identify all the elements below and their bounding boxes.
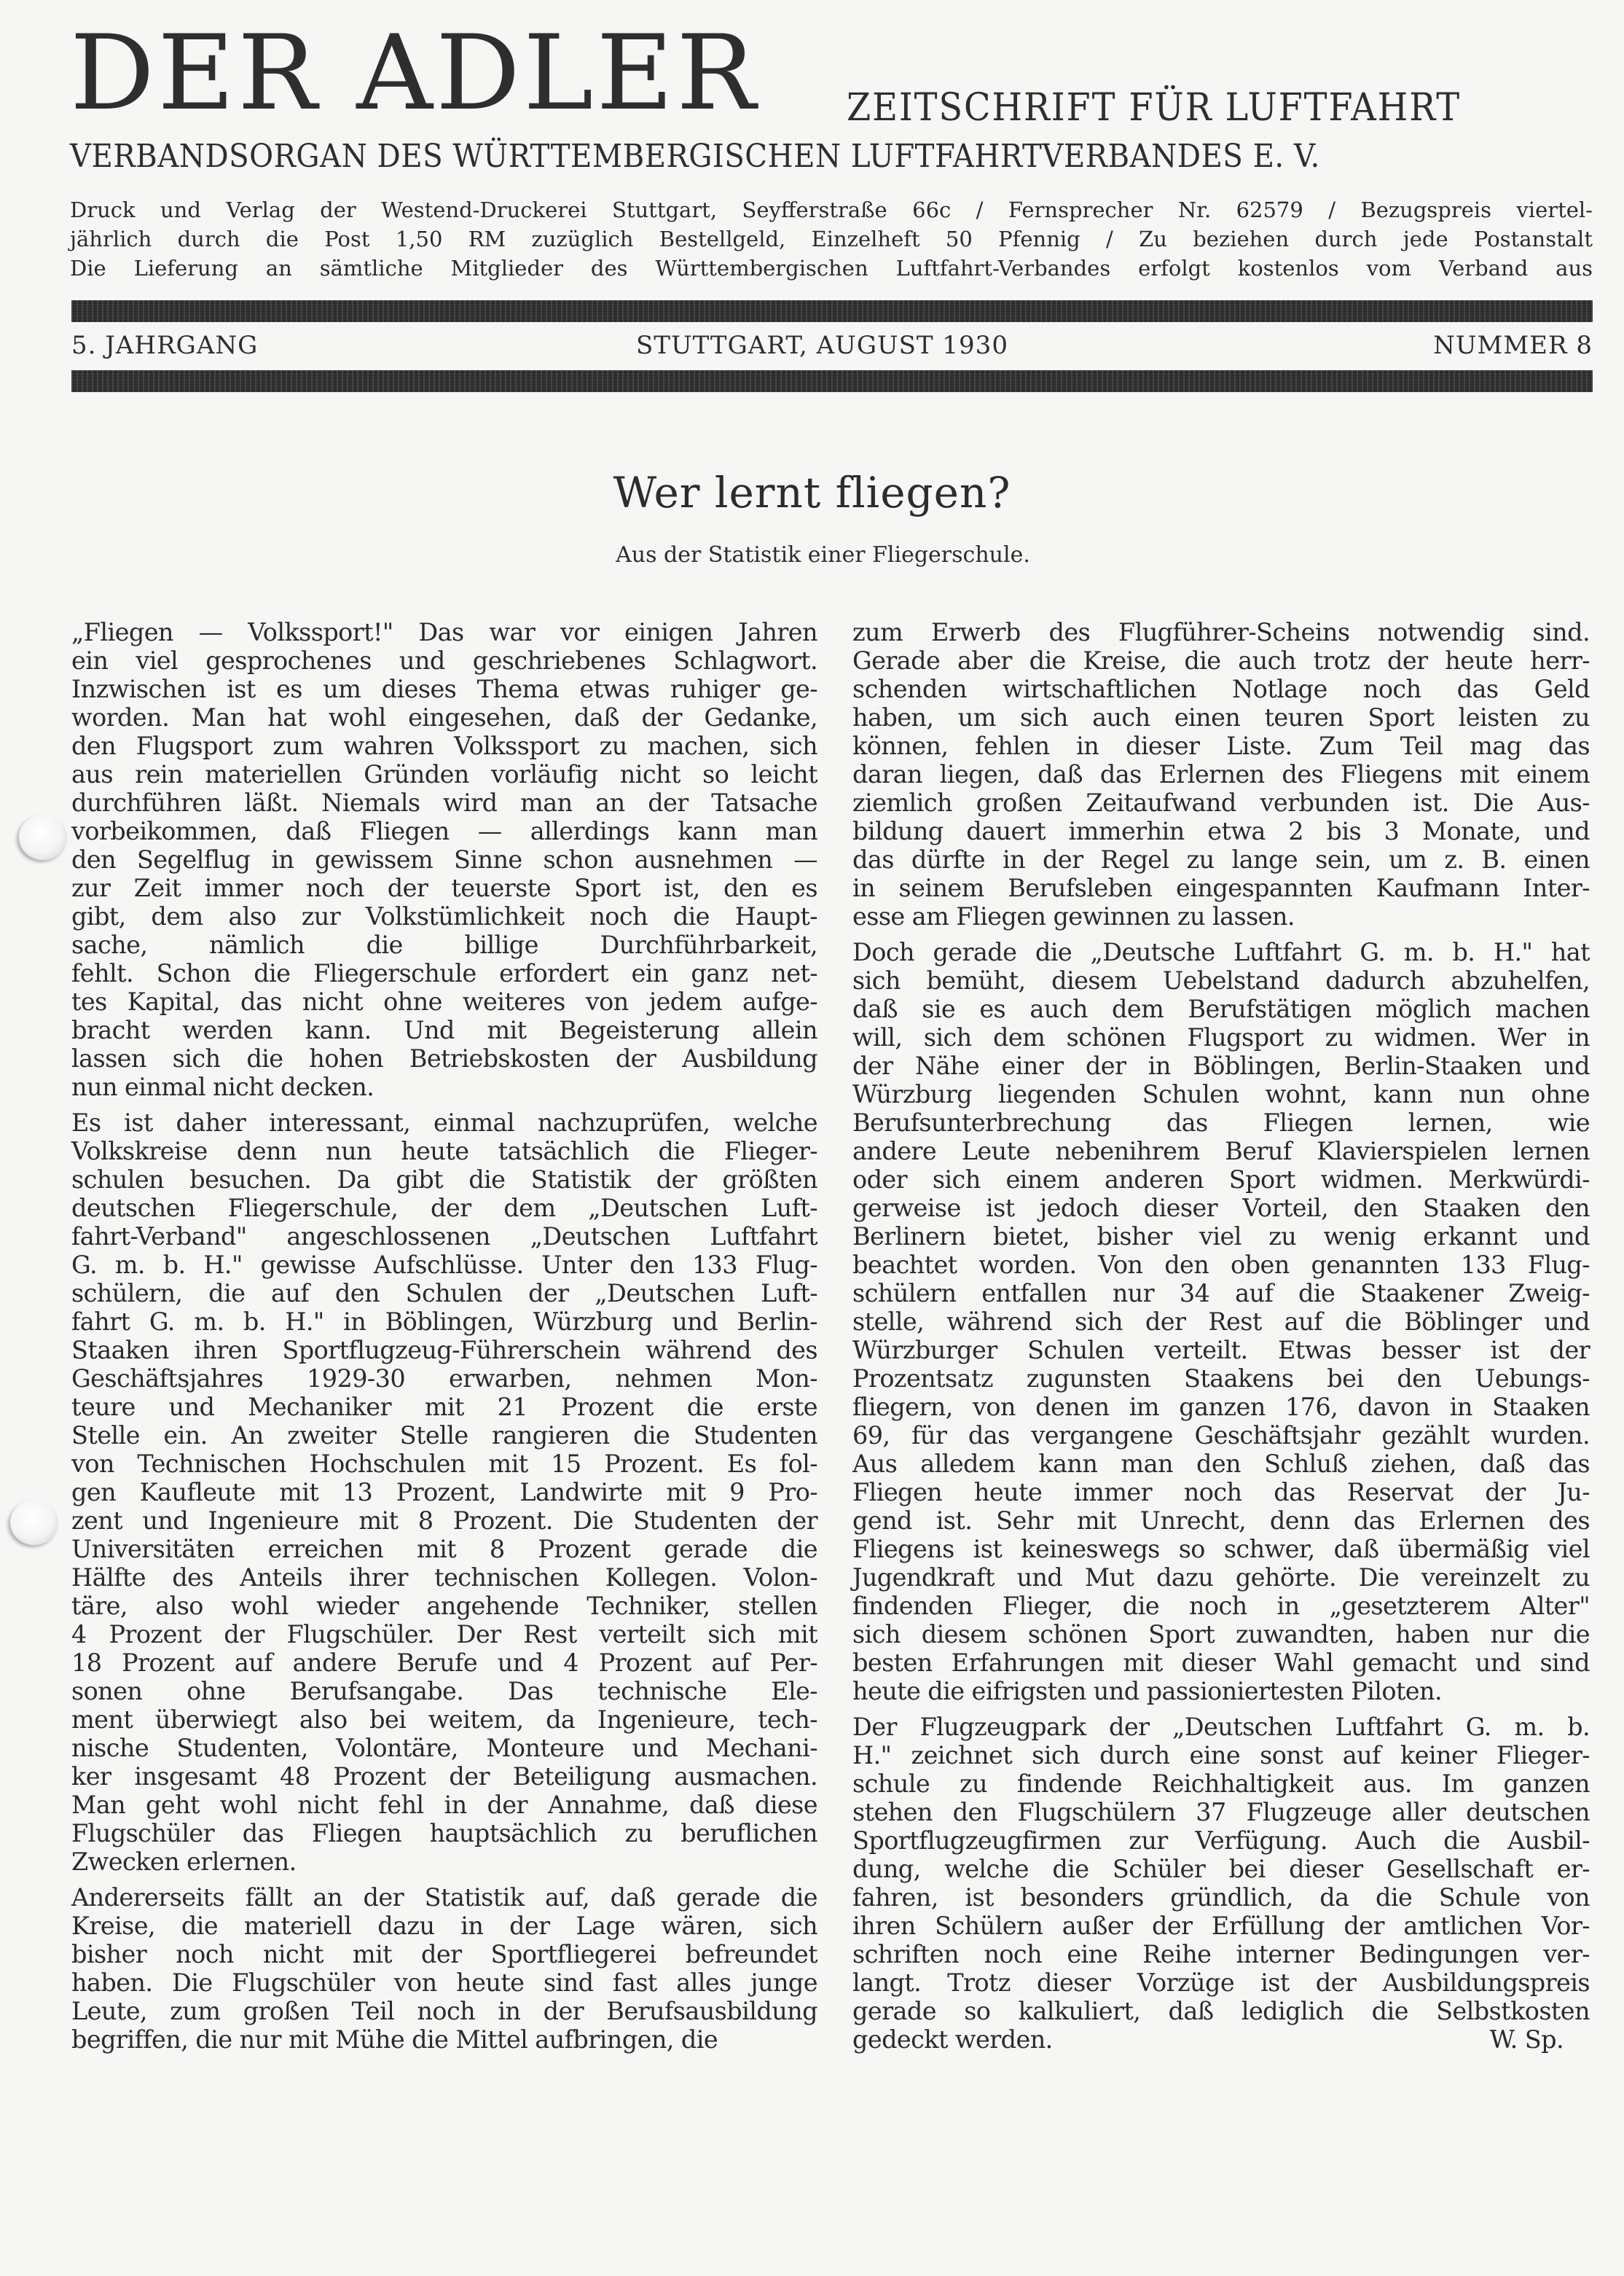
imprint-line: Druck und Verlag der Westend-Druckerei S… [70, 195, 1593, 224]
text-line: bildung dauert immerhin etwa 2 bis 3 Mon… [852, 817, 1590, 845]
imprint-line: Die Lieferung an sämtliche Mitglieder de… [70, 254, 1593, 283]
text-line: lassen sich die hohen Betriebskosten der… [71, 1044, 817, 1073]
text-line: ziemlich großen Zeitaufwand verbunden is… [852, 789, 1590, 817]
text-line: Staaken ihren Sportflugzeug-Führerschein… [71, 1336, 817, 1364]
masthead-rule-top [71, 300, 1593, 322]
text-line: gedeckt werden. [852, 2025, 1053, 2054]
text-line: sache, nämlich die billige Durchführbark… [71, 931, 817, 959]
article-paragraph: Es ist daher interessant, einmal nachzup… [71, 1108, 817, 1876]
article-paragraph: zum Erwerb des Flugführer-Scheins notwen… [852, 618, 1590, 931]
text-line: haben. Die Flugschüler von heute sind fa… [71, 1968, 817, 1997]
text-line: beachtet worden. Von den oben genannten … [852, 1251, 1590, 1279]
text-line: Der Flugzeugpark der „Deutschen Luftfahr… [852, 1713, 1590, 1741]
text-line: Gerade aber die Kreise, die auch trotz d… [852, 646, 1590, 675]
text-line: sonen ohne Berufsangabe. Das technische … [71, 1677, 817, 1705]
article-paragraph: Andererseits fällt an der Statistik auf,… [71, 1883, 817, 2054]
masthead-rule-bottom [71, 370, 1593, 392]
article-column-left: „Fliegen — Volkssport!" Das war vor eini… [71, 618, 817, 2061]
text-line: stehen den Flugschülern 37 Flugzeuge all… [852, 1798, 1590, 1826]
text-line: fehlt. Schon die Fliegerschule erfordert… [71, 959, 817, 988]
text-line: heute die eifrigsten und passionierteste… [852, 1677, 1590, 1705]
text-line: „Fliegen — Volkssport!" Das war vor eini… [71, 618, 817, 646]
closing-line: gedeckt werden.W. Sp. [852, 2025, 1590, 2054]
text-line: gerweise ist jedoch dieser Vorteil, den … [852, 1194, 1590, 1222]
text-line: schulen besuchen. Da gibt die Statistik … [71, 1165, 817, 1194]
text-line: können, fehlen in dieser Liste. Zum Teil… [852, 732, 1590, 760]
text-line: bisher noch nicht mit der Sportfliegerei… [71, 1940, 817, 1968]
issue-number-label: NUMMER 8 [1433, 326, 1593, 364]
article-subtitle: Aus der Statistik einer Fliegerschule. [0, 541, 1624, 570]
text-line: Inzwischen ist es um dieses Thema etwas … [71, 675, 817, 703]
text-line: täre, also wohl wieder angehende Technik… [71, 1592, 817, 1620]
text-line: zum Erwerb des Flugführer-Scheins notwen… [852, 618, 1590, 646]
text-line: worden. Man hat wohl eingesehen, daß der… [71, 703, 817, 732]
text-line: Berufsunterbrechung das Fliegen lernen, … [852, 1108, 1590, 1137]
text-line: gerade so kalkuliert, daß lediglich die … [852, 1997, 1590, 2025]
text-line: Würzburg liegenden Schulen wohnt, kann n… [852, 1080, 1590, 1108]
publication-title: DER ADLER [70, 19, 758, 128]
text-line: schule zu findende Reichhaltigkeit aus. … [852, 1769, 1590, 1798]
text-line: Doch gerade die „Deutsche Luftfahrt G. m… [852, 938, 1590, 966]
text-line: Andererseits fällt an der Statistik auf,… [71, 1883, 817, 1912]
text-line: begriffen, die nur mit Mühe die Mittel a… [71, 2025, 817, 2054]
text-line: oder sich einem anderen Sport widmen. Me… [852, 1165, 1590, 1194]
text-line: will, sich dem schönen Flugsport zu widm… [852, 1023, 1590, 1052]
article-paragraph: Doch gerade die „Deutsche Luftfahrt G. m… [852, 938, 1590, 1705]
text-line: den Segelflug in gewissem Sinne schon au… [71, 845, 817, 874]
text-line: deutschen Fliegerschule, der dem „Deutsc… [71, 1194, 817, 1222]
text-line: vorbeikommen, daß Fliegen — allerdings k… [71, 817, 817, 845]
text-line: Volkskreise denn nun heute tatsächlich d… [71, 1137, 817, 1165]
text-line: Es ist daher interessant, einmal nachzup… [71, 1108, 817, 1137]
text-line: 18 Prozent auf andere Berufe und 4 Proze… [71, 1649, 817, 1677]
text-line: sich diesem schönen Sport zuwandten, hab… [852, 1620, 1590, 1649]
article-title: Wer lernt fliegen? [0, 464, 1624, 522]
text-line: Berlinern bietet, bisher viel zu wenig e… [852, 1222, 1590, 1251]
text-line: sich bemüht, diesem Uebelstand dadurch a… [852, 966, 1590, 995]
text-line: das dürfte in der Regel zu lange sein, u… [852, 845, 1590, 874]
text-line: ihren Schülern außer der Erfüllung der a… [852, 1912, 1590, 1940]
text-line: Leute, zum großen Teil noch in der Beruf… [71, 1997, 817, 2025]
text-line: 4 Prozent der Flugschüler. Der Rest vert… [71, 1620, 817, 1649]
text-line: haben, um sich auch einen teuren Sport l… [852, 703, 1590, 732]
text-line: langt. Trotz dieser Vorzüge ist der Ausb… [852, 1968, 1590, 1997]
text-line: schriften noch eine Reihe interner Bedin… [852, 1940, 1590, 1968]
text-line: nun einmal nicht decken. [71, 1073, 817, 1101]
text-line: fahrt G. m. b. H." in Böblingen, Würzbur… [71, 1307, 817, 1336]
text-line: Kreise, die materiell dazu in der Lage w… [71, 1912, 817, 1940]
text-line: den Flugsport zum wahren Volkssport zu m… [71, 732, 817, 760]
text-line: esse am Fliegen gewinnen zu lassen. [852, 902, 1590, 931]
text-line: Man geht wohl nicht fehl in der Annahme,… [71, 1791, 817, 1819]
newspaper-page: DER ADLER ZEITSCHRIFT FÜR LUFTFAHRT VERB… [0, 0, 1624, 2276]
text-line: nische Studenten, Volontäre, Monteure un… [71, 1734, 817, 1762]
text-line: gibt, dem also zur Volkstümlichkeit noch… [71, 902, 817, 931]
text-line: tes Kapital, das nicht ohne weiteres von… [71, 988, 817, 1016]
author-signature: W. Sp. [1490, 2025, 1590, 2054]
text-line: fahren, ist besonders gründlich, da die … [852, 1883, 1590, 1912]
text-line: andere Leute nebenihrem Beruf Klavierspi… [852, 1137, 1590, 1165]
text-line: fahrt-Verband" angeschlossenen „Deutsche… [71, 1222, 817, 1251]
text-line: dung, welche die Schüler bei dieser Gese… [852, 1855, 1590, 1883]
text-line: ein viel gesprochenes und geschriebenes … [71, 646, 817, 675]
publication-subtitle: ZEITSCHRIFT FÜR LUFTFAHRT [847, 86, 1461, 130]
text-line: Jugendkraft und Mut dazu gehörte. Die ve… [852, 1563, 1590, 1592]
text-line: stelle, während sich der Rest auf die Bö… [852, 1307, 1590, 1336]
text-line: Sportflugzeugfirmen zur Verfügung. Auch … [852, 1826, 1590, 1855]
text-line: von Technischen Hochschulen mit 15 Proze… [71, 1450, 817, 1478]
text-line: Hälfte des Anteils ihrer technischen Kol… [71, 1563, 817, 1592]
text-line: besten Erfahrungen mit dieser Wahl gemac… [852, 1649, 1590, 1677]
text-line: Würzburger Schulen verteilt. Etwas besse… [852, 1336, 1590, 1364]
text-line: zent und Ingenieure mit 8 Prozent. Die S… [71, 1506, 817, 1535]
publication-organization: VERBANDSORGAN DES WÜRTTEMBERGISCHEN LUFT… [70, 137, 1463, 176]
text-line: zur Zeit immer noch der teuerste Sport i… [71, 874, 817, 902]
article-paragraph: Der Flugzeugpark der „Deutschen Luftfahr… [852, 1713, 1590, 2054]
text-line: bracht werden kann. Und mit Begeisterung… [71, 1016, 817, 1044]
text-line: findenden Flieger, die noch in „gesetzte… [852, 1592, 1590, 1620]
text-line: fliegern, von denen im ganzen 176, davon… [852, 1393, 1590, 1421]
text-line: schülern, die auf den Schulen der „Deuts… [71, 1279, 817, 1307]
text-line: der Nähe einer der in Böblingen, Berlin-… [852, 1052, 1590, 1080]
imprint-block: Druck und Verlag der Westend-Druckerei S… [70, 195, 1593, 283]
text-line: teure und Mechaniker mit 21 Prozent die … [71, 1393, 817, 1421]
text-line: schülern entfallen nur 34 auf die Staake… [852, 1279, 1590, 1307]
text-line: 69, für das vergangene Geschäftsjahr gez… [852, 1421, 1590, 1450]
text-line: Fliegen heute immer noch das Reservat de… [852, 1478, 1590, 1506]
text-line: Fliegens ist keineswegs so schwer, daß ü… [852, 1535, 1590, 1563]
text-line: durchführen läßt. Niemals wird man an de… [71, 789, 817, 817]
text-line: ker insgesamt 48 Prozent der Beteiligung… [71, 1762, 817, 1791]
article-paragraph: „Fliegen — Volkssport!" Das war vor eini… [71, 618, 817, 1101]
text-line: aus rein materiellen Gründen vorläufig n… [71, 760, 817, 789]
text-line: H." zeichnet sich durch eine sonst auf k… [852, 1741, 1590, 1769]
volume-label: 5. JAHRGANG [71, 326, 258, 364]
text-line: Flugschüler das Fliegen hauptsächlich zu… [71, 1819, 817, 1847]
imprint-line: jährlich durch die Post 1,50 RM zuzüglic… [70, 224, 1593, 254]
text-line: Aus alledem kann man den Schluß ziehen, … [852, 1450, 1590, 1478]
text-line: ment überwiegt also bei weitem, da Ingen… [71, 1705, 817, 1734]
article-column-right: zum Erwerb des Flugführer-Scheins notwen… [852, 618, 1590, 2061]
text-line: Universitäten erreichen mit 8 Prozent ge… [71, 1535, 817, 1563]
place-date-label: STUTTGART, AUGUST 1930 [636, 326, 1008, 364]
text-line: daß sie es auch dem Berufstätigen möglic… [852, 995, 1590, 1023]
text-line: Geschäftsjahres 1929-30 erwarben, nehmen… [71, 1364, 817, 1393]
text-line: Prozentsatz zugunsten Staakens bei den U… [852, 1364, 1590, 1393]
text-line: schenden wirtschaftlichen Notlage noch d… [852, 675, 1590, 703]
text-line: daran liegen, daß das Erlernen des Flieg… [852, 760, 1590, 789]
text-line: G. m. b. H." gewisse Aufschlüsse. Unter … [71, 1251, 817, 1279]
text-line: gen Kaufleute mit 13 Prozent, Landwirte … [71, 1478, 817, 1506]
text-line: Zwecken erlernen. [71, 1847, 817, 1876]
text-line: Stelle ein. An zweiter Stelle rangieren … [71, 1421, 817, 1450]
issue-info-bar: 5. JAHRGANG STUTTGART, AUGUST 1930 NUMME… [71, 326, 1593, 364]
hole-punch [10, 1500, 58, 1545]
hole-punch [19, 815, 67, 860]
text-line: in seinem Berufsleben eingespannten Kauf… [852, 874, 1590, 902]
text-line: gend ist. Sehr mit Unrecht, denn das Erl… [852, 1506, 1590, 1535]
